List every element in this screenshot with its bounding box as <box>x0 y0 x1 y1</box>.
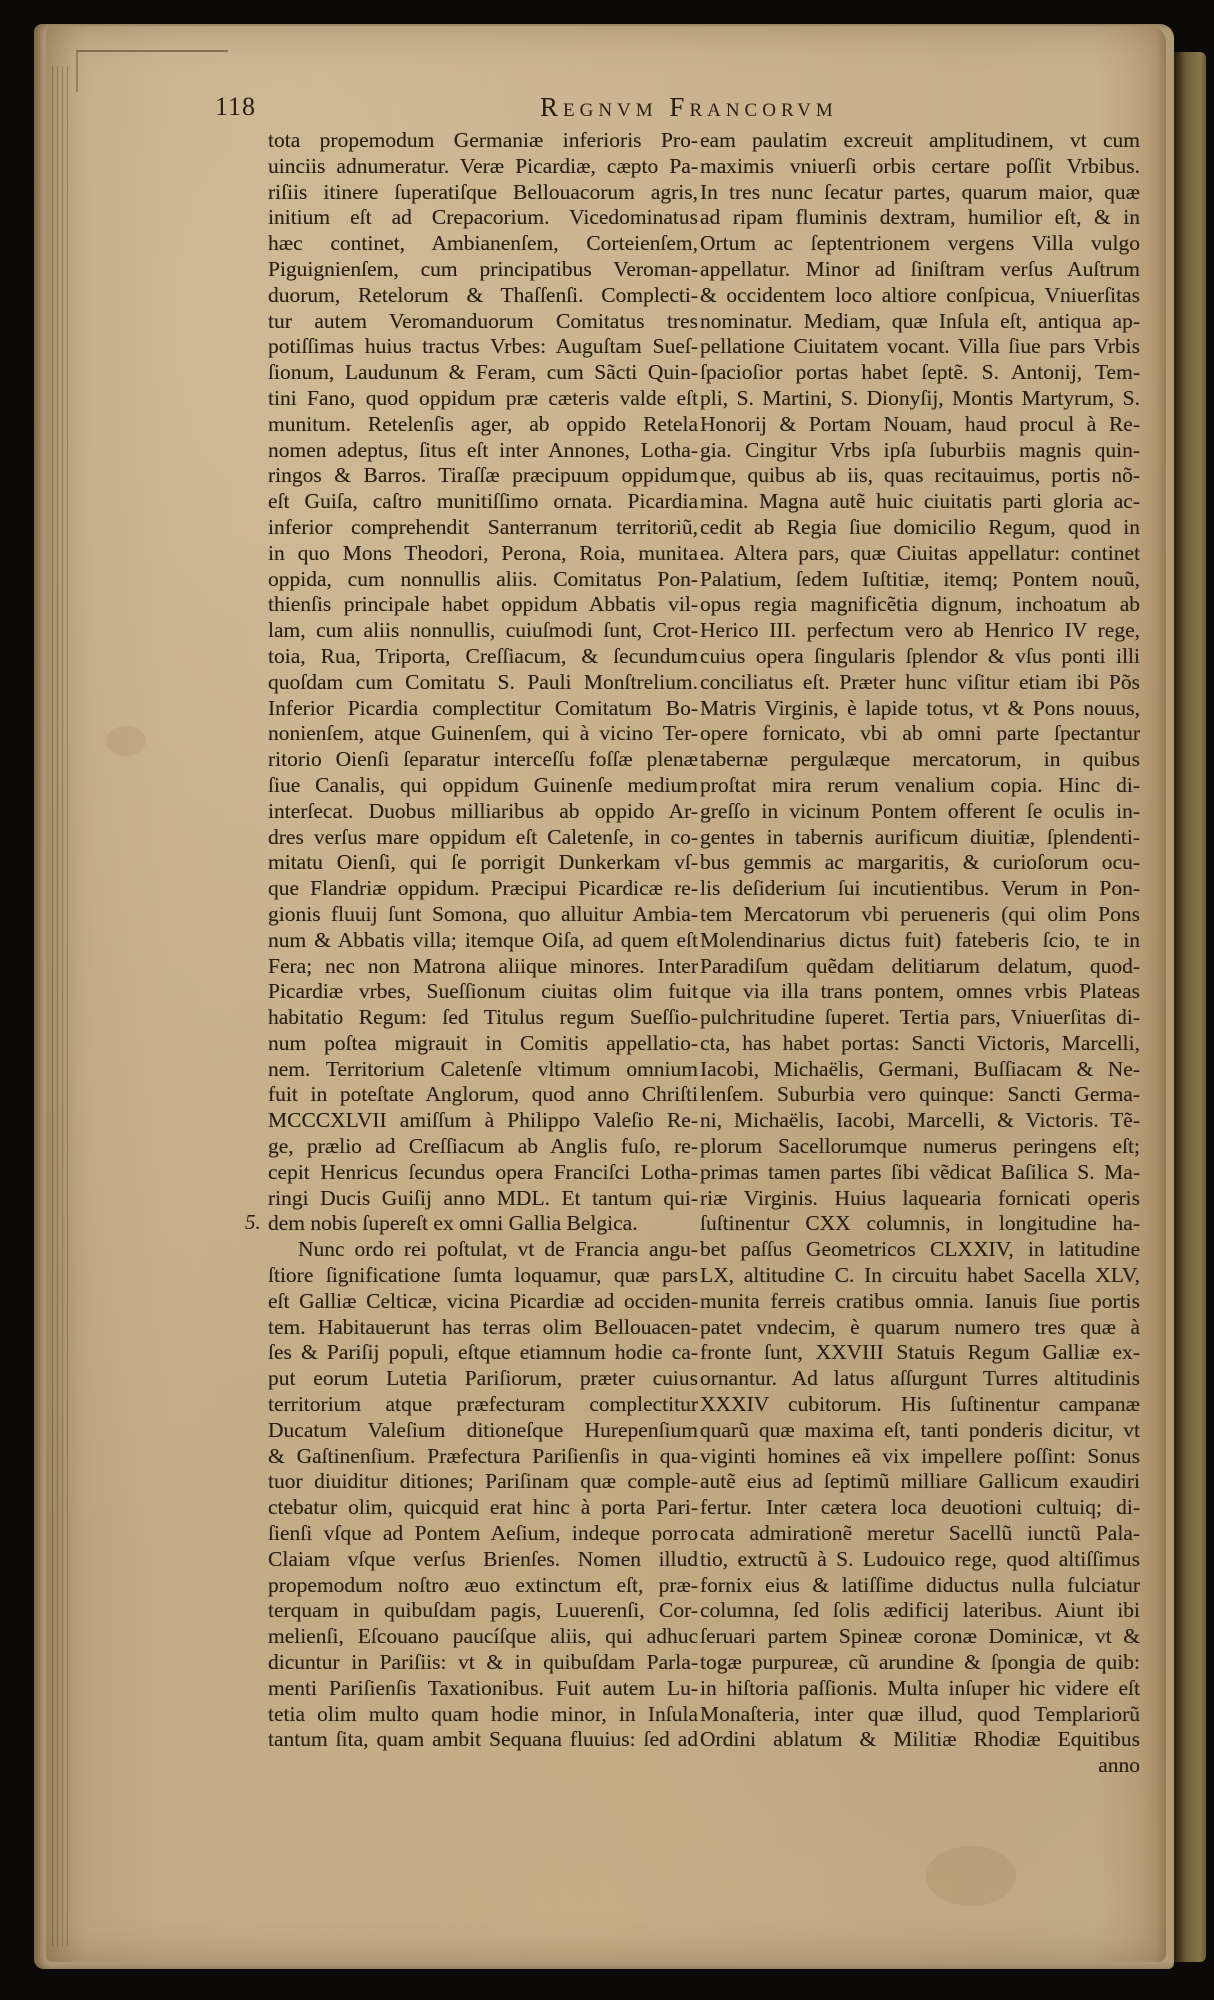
text-line: ctebatur olim, quicquid erat hinc à port… <box>268 1495 698 1521</box>
text-line: tem Mercatorum vbi perueneris (qui olim … <box>700 902 1140 928</box>
catchword: anno <box>700 1753 1140 1779</box>
text-line: riæ Virginis. Huius laquearia fornicati … <box>700 1186 1140 1212</box>
text-line: lis deſiderium ſui incutientibus. Verum … <box>700 876 1140 902</box>
text-line: ſpacioſior portas habet ſeptẽ. S. Antoni… <box>700 360 1140 386</box>
text-line: primas tamen partes ſibi vẽdicat Baſilic… <box>700 1160 1140 1186</box>
text-line: eam paulatim excreuit amplitudinem, vt c… <box>700 128 1140 154</box>
book-scan: 118 Regnvm Francorvm 5. tota propemodum … <box>0 0 1214 2000</box>
text-line: LX, altitudine C. In circuitu habet Sace… <box>700 1263 1140 1289</box>
running-head: 118 Regnvm Francorvm <box>215 92 1125 128</box>
text-line: Molendinarius dictus fuit) fateberis ſci… <box>700 928 1140 954</box>
text-line: & Gaſtinenſium. Præfectura Pariſienſis i… <box>268 1444 698 1470</box>
text-line: propemodum noſtro æuo extinctum eſt, præ… <box>268 1573 698 1599</box>
text-line: dicuntur in Pariſiis: vt & in quibuſdam … <box>268 1650 698 1676</box>
text-line: tur autem Veromanduorum Comitatus tres <box>268 309 698 335</box>
text-line: Honorij & Portam Nouam, haud procul à Re… <box>700 412 1140 438</box>
text-line: hæc continet, Ambianenſem, Corteienſem, <box>268 231 698 257</box>
folded-corner <box>76 50 228 92</box>
text-line: Fera; nec non Matrona aliique minores. I… <box>268 954 698 980</box>
text-line: que Flandriæ oppidum. Præcipui Picardicæ… <box>268 876 698 902</box>
text-line: terquam in quibuſdam pagis, Luuerenſi, C… <box>268 1598 698 1624</box>
text-line: tantum ſita, quam ambit Sequana fluuius:… <box>268 1727 698 1753</box>
text-line: Iacobi, Michaëlis, Germani, Buſſiacam & … <box>700 1057 1140 1083</box>
text-line: In tres nunc ſecatur partes, quarum maio… <box>700 180 1140 206</box>
text-line: tabernæ pergulæque mercatorum, in quibus <box>700 747 1140 773</box>
text-line: mitatu Oienſi, qui ſe porrigit Dunkerkam… <box>268 850 698 876</box>
text-line: dem nobis ſupereſt ex omni Gallia Belgic… <box>268 1211 698 1237</box>
text-line: Piguignienſem, cum principatibus Veroman… <box>268 257 698 283</box>
text-line: eſt Galliæ Celticæ, vicina Picardiæ ad o… <box>268 1289 698 1315</box>
text-line: tio, extructũ à S. Ludouico rege, quod a… <box>700 1547 1140 1573</box>
text-line: nonienſem, atque Guinenſem, qui à vicino… <box>268 721 698 747</box>
text-line: ſuſtinentur CXX columnis, in longitudine… <box>700 1211 1140 1237</box>
text-line: Ducatum Valeſium ditioneſque Hurepenſium <box>268 1418 698 1444</box>
text-line: appellatur. Minor ad ſiniſtram verſus Au… <box>700 257 1140 283</box>
text-line: autẽ eius ad ſeptimũ milliare Gallicum e… <box>700 1469 1140 1495</box>
running-title: Regnvm Francorvm <box>540 92 838 123</box>
text-line: pulchritudine ſuperet. Tertia pars, Vniu… <box>700 1005 1140 1031</box>
text-line: fertur. Inter cætera loca deuotioni cult… <box>700 1495 1140 1521</box>
text-line: ad ripam fluminis dextram, humilior eſt,… <box>700 205 1140 231</box>
text-line: potiſſimas huius tractus Vrbes: Auguſtam… <box>268 334 698 360</box>
page-number: 118 <box>215 92 256 122</box>
text-line: bus gemmis ac margaritis, & curioſorum o… <box>700 850 1140 876</box>
text-line: habitatio Regum: ſed Titulus regum Sueſſ… <box>268 1005 698 1031</box>
text-line: ſienſi vſque ad Pontem Aeſium, indeque p… <box>268 1521 698 1547</box>
text-line: Palatium, ſedem Iuſtitiæ, itemq; Pontem … <box>700 567 1140 593</box>
text-line: ringi Ducis Guiſij anno MDL. Et tantum q… <box>268 1186 698 1212</box>
text-line: uinciis adnumeratur. Veræ Picardiæ, cæpt… <box>268 154 698 180</box>
text-line: munita ferreis cratibus omnia. Ianuis ſi… <box>700 1289 1140 1315</box>
text-line: cata admirationẽ meretur Sacellũ iunctũ … <box>700 1521 1140 1547</box>
text-line: MCCCXLVII amiſſum à Philippo Valeſio Re- <box>268 1108 698 1134</box>
text-line: tini Fano, quod oppidum præ cæteris vald… <box>268 386 698 412</box>
text-line: nomen adeptus, ſitus eſt inter Annones, … <box>268 438 698 464</box>
text-line: in quo Mons Theodori, Perona, Roia, muni… <box>268 541 698 567</box>
text-line: gentes in tabernis aurificum diuitiæ, ſp… <box>700 825 1140 851</box>
text-line: ringos & Barros. Tiraſſæ præcipuum oppid… <box>268 463 698 489</box>
text-line: opere fornicato, vbi ab omni parte ſpect… <box>700 721 1140 747</box>
text-line: & occidentem loco altiore conſpicua, Vni… <box>700 283 1140 309</box>
paper-stain <box>106 726 146 756</box>
text-line: toia, Rua, Triporta, Creſſiacum, & ſecun… <box>268 644 698 670</box>
text-line: fronte ſunt, XXVIII Statuis Regum Galliæ… <box>700 1340 1140 1366</box>
text-line: ſeruari partem Spineæ coronæ Dominicæ, v… <box>700 1624 1140 1650</box>
text-line: tuor diuiditur ditiones; Pariſinam quæ c… <box>268 1469 698 1495</box>
text-line: fuit in poteſtate Anglorum, quod anno Ch… <box>268 1082 698 1108</box>
text-line: gia. Cingitur Vrbs ipſa ſuburbiis magnis… <box>700 438 1140 464</box>
text-line: nominatur. Mediam, quæ Inſula eſt, antiq… <box>700 309 1140 335</box>
text-line: tota propemodum Germaniæ inferioris Pro- <box>268 128 698 154</box>
text-line: cepit Henricus ſecundus opera Franciſci … <box>268 1160 698 1186</box>
text-line: Ordini ablatum & Militiæ Rhodiæ Equitibu… <box>700 1727 1140 1753</box>
text-line: ea. Altera pars, quæ Ciuitas appellatur:… <box>700 541 1140 567</box>
text-line: dres verſus mare oppidum eſt Caletenſe, … <box>268 825 698 851</box>
text-line: XXXIV cubitorum. His ſuſtinentur campanæ <box>700 1392 1140 1418</box>
text-line: riſiis itinere ſuperatiſque Bellouacorum… <box>268 180 698 206</box>
text-line: oppida, cum nonnullis aliis. Comitatus P… <box>268 567 698 593</box>
text-line: tem. Habitauerunt has terras olim Bellou… <box>268 1315 698 1341</box>
text-line: lenſem. Suburbia vero quinque: Sancti Ge… <box>700 1082 1140 1108</box>
text-line: lam, cum aliis nonnullis, cuiuſmodi ſunt… <box>268 618 698 644</box>
text-line: Picardiæ vrbes, Sueſſionum ciuitas olim … <box>268 979 698 1005</box>
text-line: que, quibus ab iis, quas recitauimus, po… <box>700 463 1140 489</box>
text-line: ritorio Oienſi ſeparatur interceſſu foſſ… <box>268 747 698 773</box>
right-text-column: eam paulatim excreuit amplitudinem, vt c… <box>700 128 1140 1779</box>
text-line: in hiſtoria paſſionis. Multa inſuper hic… <box>700 1676 1140 1702</box>
text-line: inferior comprehendit Santerranum territ… <box>268 515 698 541</box>
text-line: plorum Sacellorumque numerus peringens e… <box>700 1134 1140 1160</box>
text-line: Ortum ac ſeptentrionem vergens Villa vul… <box>700 231 1140 257</box>
text-line: cuius opera ſingularis ſplendor & vſus p… <box>700 644 1140 670</box>
text-line: munitum. Retelenſis ager, ab oppido Rete… <box>268 412 698 438</box>
text-line: territorium atque præfecturam complectit… <box>268 1392 698 1418</box>
text-line: eſt Guiſa, caſtro munitiſſimo ornata. Pi… <box>268 489 698 515</box>
left-text-column: tota propemodum Germaniæ inferioris Pro-… <box>268 128 698 1753</box>
text-line: Claiam vſque verſus Brienſes. Nomen illu… <box>268 1547 698 1573</box>
text-line: ge, prælio ad Creſſiacum ab Anglis fuſo,… <box>268 1134 698 1160</box>
text-line: Paradiſum quẽdam delitiarum delatum, quo… <box>700 954 1140 980</box>
text-line: ſes & Pariſij populi, eſtque etiamnum ho… <box>268 1340 698 1366</box>
text-line: ſiue Canalis, qui oppidum Guinenſe mediu… <box>268 773 698 799</box>
text-line: mina. Magna autẽ huic ciuitatis parti gl… <box>700 489 1140 515</box>
text-line: greſſo in vicinum Pontem offerent ſe ocu… <box>700 799 1140 825</box>
text-line: ni, Michaëlis, Iacobi, Marcelli, & Victo… <box>700 1108 1140 1134</box>
text-line: proſtat mira rerum venalium copia. Hinc … <box>700 773 1140 799</box>
text-line: columna, ſed ſolis ædificij lateribus. A… <box>700 1598 1140 1624</box>
text-line: viginti homines eã vix impellere poſſint… <box>700 1444 1140 1470</box>
facing-page-edge <box>1170 52 1206 1962</box>
text-line: que via illa trans pontem, omnes vrbis P… <box>700 979 1140 1005</box>
text-line: ornantur. Ad latus aſſurgunt Turres alti… <box>700 1366 1140 1392</box>
text-line: duorum, Retelorum & Thaſſenſi. Complecti… <box>268 283 698 309</box>
text-line: fornix eius & latiſſime diductus nulla f… <box>700 1573 1140 1599</box>
text-line: ſionum, Laudunum & Feram, cum Sãcti Quin… <box>268 360 698 386</box>
text-line: quoſdam cum Comitatu S. Pauli Monſtreliu… <box>268 670 698 696</box>
text-line: num & Abbatis villa; itemque Oiſa, ad qu… <box>268 928 698 954</box>
text-line: ſtiore ſignificatione ſumta loquamur, qu… <box>268 1263 698 1289</box>
text-line: cta, has habet portas: Sancti Victoris, … <box>700 1031 1140 1057</box>
text-line: Herico III. perfectum vero ab Henrico IV… <box>700 618 1140 644</box>
text-line: menti Pariſienſis Taxationibus. Fuit aut… <box>268 1676 698 1702</box>
text-line: Inferior Picardia complectitur Comitatum… <box>268 696 698 722</box>
text-line: pli, S. Martini, S. Dionyſij, Montis Mar… <box>700 386 1140 412</box>
text-line: pellatione Ciuitatem vocant. Villa ſiue … <box>700 334 1140 360</box>
text-line: melienſi, Eſcouano paucíſque aliis, qui … <box>268 1624 698 1650</box>
text-line: nem. Territorium Caletenſe vltimum omniu… <box>268 1057 698 1083</box>
text-line: Nunc ordo rei poſtulat, vt de Francia an… <box>268 1237 698 1263</box>
text-line: put eorum Lutetia Pariſiorum, præter cui… <box>268 1366 698 1392</box>
text-line: conciliatus eſt. Præter hunc viſitur eti… <box>700 670 1140 696</box>
text-line: opus regia magnificẽtia dignum, inchoatu… <box>700 592 1140 618</box>
text-line: Monaſteria, inter quæ illud, quod Templa… <box>700 1702 1140 1728</box>
text-line: quarũ quæ maxima eſt, tanti ponderis dic… <box>700 1418 1140 1444</box>
text-line: patet vndecim, è quarum numero tres quæ … <box>700 1315 1140 1341</box>
text-line: togæ purpureæ, cũ arundine & ſpongia de … <box>700 1650 1140 1676</box>
text-line: cedit ab Regia ſiue domicilio Regum, quo… <box>700 515 1140 541</box>
text-line: maximis vniuerſi orbis certare poſſit Vr… <box>700 154 1140 180</box>
text-line: Matris Virginis, è lapide totus, vt & Po… <box>700 696 1140 722</box>
text-line: thienſis principale habet oppidum Abbati… <box>268 592 698 618</box>
section-marker: 5. <box>245 1210 261 1235</box>
text-line: interſecat. Duobus milliaribus ab oppido… <box>268 799 698 825</box>
text-line: bet paſſus Geometricos CLXXIV, in latitu… <box>700 1237 1140 1263</box>
text-line: gionis fluuij ſunt Somona, quo alluitur … <box>268 902 698 928</box>
page-edge-lines <box>52 66 70 1946</box>
text-line: tetia olim multo quam hodie minor, in In… <box>268 1702 698 1728</box>
text-line: num poſtea migrauit in Comitis appellati… <box>268 1031 698 1057</box>
paper-stain <box>926 1846 1016 1906</box>
text-line: initium eſt ad Crepacorium. Vicedominatu… <box>268 205 698 231</box>
